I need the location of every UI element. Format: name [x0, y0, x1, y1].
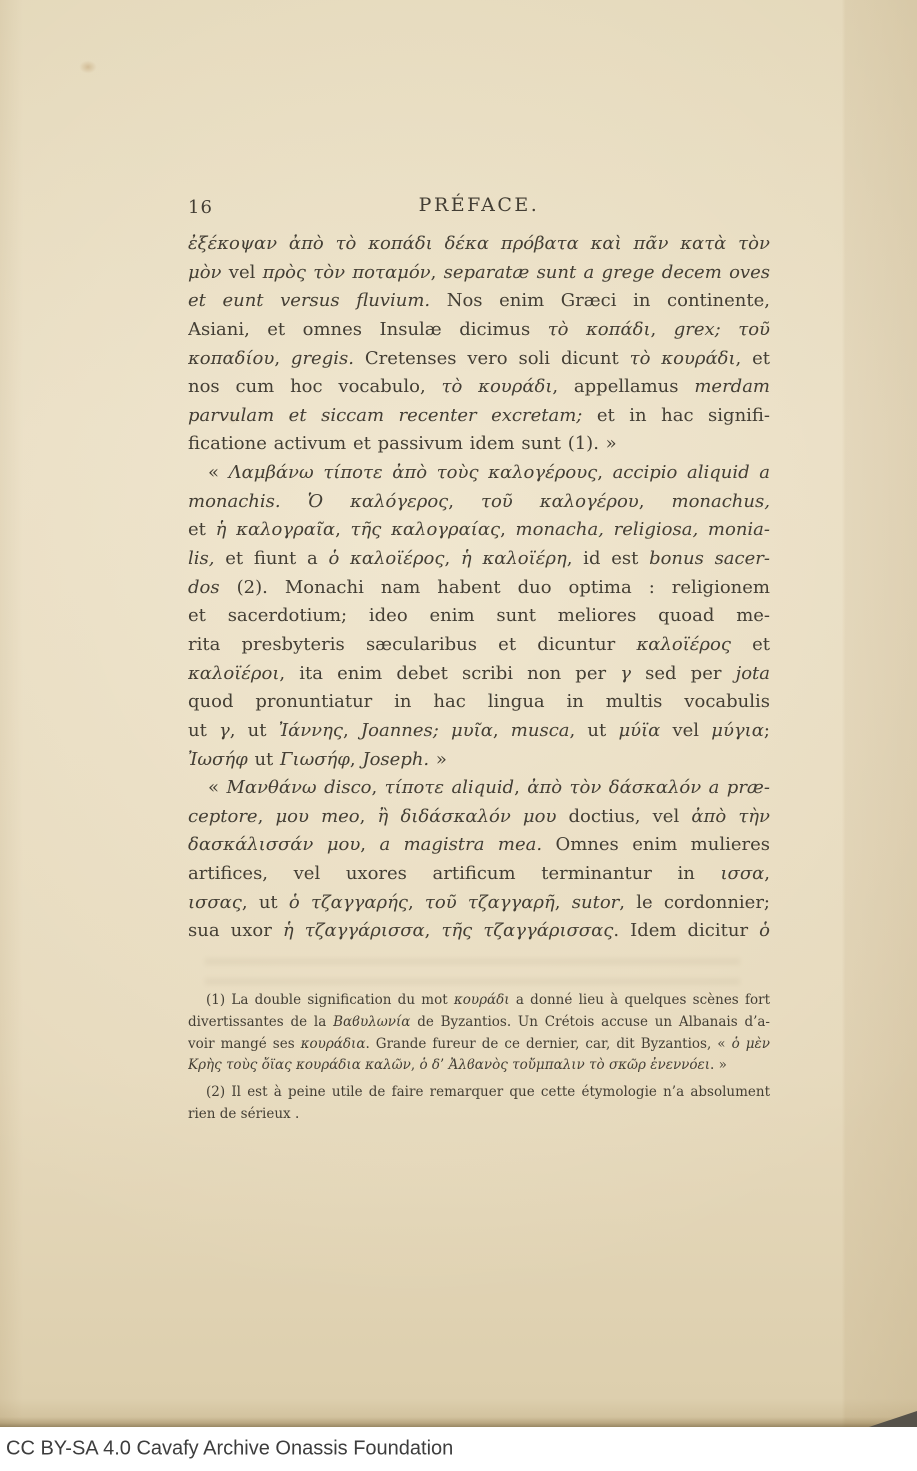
- text-line: Κρὴς τοὺς ὄϊας κουράδια καλῶν, ὁ δ’ Ἀλϐα…: [188, 1055, 770, 1077]
- text-line: et sacerdotium; ideo enim sunt meliores …: [188, 602, 770, 631]
- page-header-title: PRÉFACE.: [188, 194, 770, 216]
- attribution-text: CC BY-SA 4.0 Cavafy Archive Onassis Foun…: [6, 1438, 453, 1461]
- text-line: (2) Il est à peine utile de faire remarq…: [188, 1082, 770, 1104]
- text-line: (1) La double signification du mot κουρά…: [188, 990, 770, 1012]
- text-line: Ἰωσήφ ut Γιωσήφ, Joseph. »: [188, 746, 770, 775]
- text-line: « Μανθάνω disco, τίποτε aliquid, ἀπὸ τὸν…: [188, 774, 770, 803]
- text-line: parvulam et siccam recenter excretam; et…: [188, 402, 770, 431]
- text-line: ficatione activum et passivum idem sunt …: [188, 430, 770, 459]
- text-line: rien de sérieux .: [188, 1104, 770, 1126]
- text-line: dos (2). Monachi nam habent duo optima :…: [188, 574, 770, 603]
- paragraph: ἐξέκοψαν ἀπὸ τὸ κοπάδι δέκα πρόβατα καὶ …: [188, 230, 770, 459]
- text-line: divertissantes de la Βαϐυλωνία de Byzant…: [188, 1012, 770, 1034]
- text-line: et eunt versus fluvium. Nos enim Græci i…: [188, 287, 770, 316]
- text-line: voir mangé ses κουράδια. Grande fureur d…: [188, 1034, 770, 1056]
- paragraph: (2) Il est à peine utile de faire remarq…: [188, 1082, 770, 1126]
- text-line: δασκάλισσάν μου, a magistra mea. Omnes e…: [188, 831, 770, 860]
- paragraph: « Λαμβάνω τίποτε ἀπὸ τοὺς καλογέρους, ac…: [188, 459, 770, 774]
- text-line: lis, et fiunt a ὁ καλοϊέρος, ἡ καλοϊέρη,…: [188, 545, 770, 574]
- text-line: Asiani, et omnes Insulæ dicimus τὸ κοπάδ…: [188, 316, 770, 345]
- text-line: ut γ, ut Ἰάννης, Joannes; μυῖα, musca, u…: [188, 717, 770, 746]
- text-line: quod pronuntiatur in hac lingua in multi…: [188, 688, 770, 717]
- paper-stain: [76, 58, 100, 76]
- attribution-bar: CC BY-SA 4.0 Cavafy Archive Onassis Foun…: [0, 1427, 917, 1471]
- screenshot-root: 16 PRÉFACE. ἐξέκοψαν ἀπὸ τὸ κοπάδι δέκα …: [0, 0, 917, 1471]
- paragraph: « Μανθάνω disco, τίποτε aliquid, ἀπὸ τὸν…: [188, 774, 770, 946]
- text-line: ἐξέκοψαν ἀπὸ τὸ κοπάδι δέκα πρόβατα καὶ …: [188, 230, 770, 259]
- footnotes: (1) La double signification du mot κουρά…: [188, 990, 770, 1126]
- text-line: artifices, vel uxores artificum terminan…: [188, 860, 770, 889]
- text-line: κοπαδίου, gregis. Cretenses vero soli di…: [188, 345, 770, 374]
- paragraph: (1) La double signification du mot κουρά…: [188, 990, 770, 1077]
- text-line: « Λαμβάνω τίποτε ἀπὸ τοὺς καλογέρους, ac…: [188, 459, 770, 488]
- text-line: καλοϊέροι, ita enim debet scribi non per…: [188, 660, 770, 689]
- paper-bottom-edge: [0, 1417, 917, 1427]
- text-line: ισσας, ut ὁ τζαγγαρής, τοῦ τζαγγαρῆ, sut…: [188, 889, 770, 918]
- page-number: 16: [188, 197, 213, 218]
- text-line: nos cum hoc vocabulo, τὸ κουράδι, appell…: [188, 373, 770, 402]
- text-line: ceptore, μου meo, ἢ διδάσκαλόν μου docti…: [188, 803, 770, 832]
- scanned-book-page: 16 PRÉFACE. ἐξέκοψαν ἀπὸ τὸ κοπάδι δέκα …: [0, 0, 917, 1427]
- text-line: et ἡ καλογραῖα, τῆς καλογραίας, monacha,…: [188, 516, 770, 545]
- text-line: sua uxor ἡ τζαγγάρισσα, τῆς τζαγγάρισσας…: [188, 917, 770, 946]
- body-text: ἐξέκοψαν ἀπὸ τὸ κοπάδι δέκα πρόβατα καὶ …: [188, 230, 770, 946]
- page-bleed-through: [205, 952, 740, 986]
- text-line: rita presbyteris sæcularibus et dicuntur…: [188, 631, 770, 660]
- text-block: 16 PRÉFACE. ἐξέκοψαν ἀπὸ τὸ κοπάδι δέκα …: [188, 194, 770, 946]
- running-head: 16 PRÉFACE.: [188, 194, 770, 220]
- text-line: monachis. Ὁ καλόγερος, τοῦ καλογέρου, mo…: [188, 488, 770, 517]
- text-line: μὸν vel πρὸς τὸν ποταμόν, separatæ sunt …: [188, 259, 770, 288]
